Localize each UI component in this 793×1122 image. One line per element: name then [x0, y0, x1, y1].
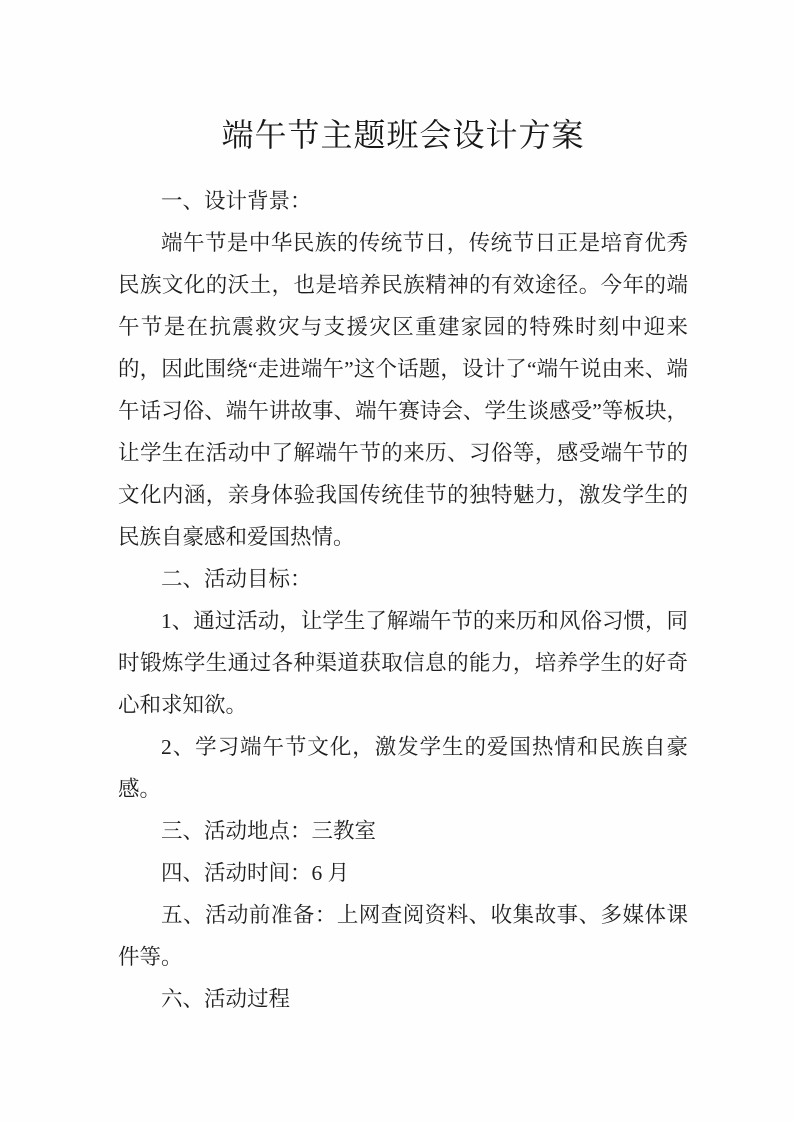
paragraph-goal-2: 2、学习端午节文化，激发学生的爱国热情和民族自豪感。	[118, 726, 688, 810]
section-heading-design-background: 一、设计背景：	[118, 180, 688, 222]
section-activity-preparation: 五、活动前准备：上网查阅资料、收集故事、多媒体课件等。	[118, 894, 688, 978]
section-activity-time: 四、活动时间：6 月	[118, 852, 688, 894]
section-heading-activity-goals: 二、活动目标：	[118, 558, 688, 600]
paragraph-design-background: 端午节是中华民族的传统节日，传统节日正是培育优秀民族文化的沃土，也是培养民族精神…	[118, 222, 688, 558]
document-page: 端午节主题班会设计方案 一、设计背景： 端午节是中华民族的传统节日，传统节日正是…	[0, 0, 793, 1122]
paragraph-goal-1: 1、通过活动，让学生了解端午节的来历和风俗习惯，同时锻炼学生通过各种渠道获取信息…	[118, 600, 688, 726]
section-heading-activity-process: 六、活动过程	[118, 978, 688, 1020]
document-body: 一、设计背景： 端午节是中华民族的传统节日，传统节日正是培育优秀民族文化的沃土，…	[118, 180, 688, 1020]
section-activity-location: 三、活动地点：三教室	[118, 810, 688, 852]
document-title: 端午节主题班会设计方案	[118, 114, 688, 156]
